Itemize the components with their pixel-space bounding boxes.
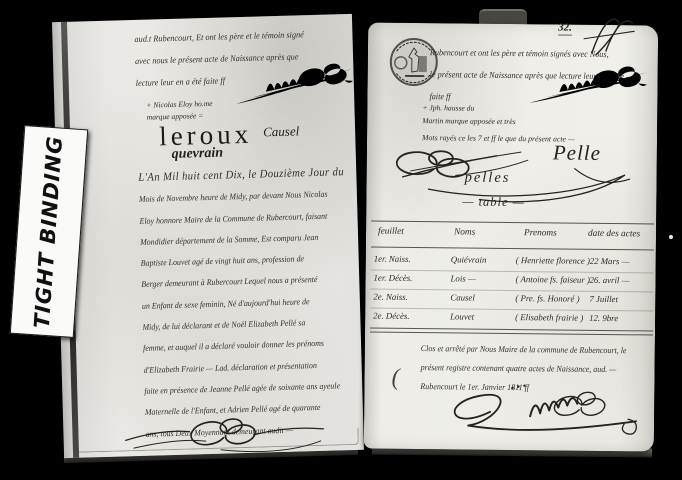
table-cell: Lois — xyxy=(451,273,476,283)
text-line: Martin marque apposée et très xyxy=(422,114,516,128)
scanned-register-photo: { "binding_label": { "text": "TIGHT BIND… xyxy=(0,0,682,480)
table-header-rule xyxy=(371,247,654,251)
table-cell: Louvet xyxy=(450,311,474,321)
table-cell: ( Pre. fs. Honoré ) xyxy=(515,293,579,304)
register-left-page: aud.t Rubencourt, Et ont les père et le … xyxy=(52,14,364,458)
table-bottom-rule xyxy=(370,332,653,336)
column-header-dates: date des actes xyxy=(588,229,640,240)
table-divider-label: — table — xyxy=(462,194,525,210)
scan-dust-speck xyxy=(669,235,673,239)
text-line: + Jph. hausse du xyxy=(422,101,516,115)
bottom-flourish-icon xyxy=(125,409,326,460)
table-row-rule xyxy=(370,289,653,293)
table-cell: 1er. Décès. xyxy=(374,273,413,283)
table-cell: Quiévrain xyxy=(451,254,487,264)
table-cell: 2e. Naiss. xyxy=(373,292,408,302)
closing-signature-flourish-icon xyxy=(432,375,643,441)
name-quevrain: quevrain xyxy=(172,146,224,163)
table-row-rule xyxy=(371,270,654,274)
column-header-prenoms: Prenoms xyxy=(524,228,557,238)
signature-pelles: pelles xyxy=(465,170,511,187)
birth-act-paragraph: L'An Mil huit cent Dix, le Douzième Jour… xyxy=(138,162,351,444)
table-bottom-rule xyxy=(370,328,653,332)
table-top-rule xyxy=(371,221,654,225)
pelle-signature-flourish-icon xyxy=(424,161,654,208)
table-cell: Causel xyxy=(450,292,475,302)
page-number: 32. xyxy=(558,21,572,35)
table-cell: 2e. Décès. xyxy=(373,311,409,321)
column-header-feuillet: feuillet xyxy=(378,227,404,237)
table-cell: 1er. Naiss. xyxy=(374,254,411,264)
table-cell: ( Antoine fs. faiseur ) xyxy=(516,274,590,285)
mayor-signature-flourish-icon xyxy=(527,56,650,112)
text-line: Clos et arrêté par Nous Maire de la comm… xyxy=(421,339,627,360)
table-cell: 22 Mars — xyxy=(590,256,630,266)
margin-paren-mark: ( xyxy=(391,365,399,392)
table-cell: ( Henriette florence ) xyxy=(516,255,590,266)
mayor-signature-flourish-icon xyxy=(233,54,356,112)
register-right-page: 32. Rubencourt et ont les père et témoin… xyxy=(364,22,658,451)
tight-binding-label-text: TIGHT BINDING xyxy=(30,134,67,328)
right-margin-note: + Jph. hausse du Martin marque apposée e… xyxy=(422,101,516,128)
table-row-rule xyxy=(370,308,653,312)
table-cell: 12. 9bre xyxy=(589,313,618,323)
table-cell: 7 Juillet xyxy=(589,294,618,304)
table-cell: 26. avril — xyxy=(590,275,630,285)
table-cell: ( Elisabeth frairie ) xyxy=(515,312,583,323)
column-header-noms: Noms xyxy=(454,227,475,237)
name-causel: Causel xyxy=(263,123,300,140)
